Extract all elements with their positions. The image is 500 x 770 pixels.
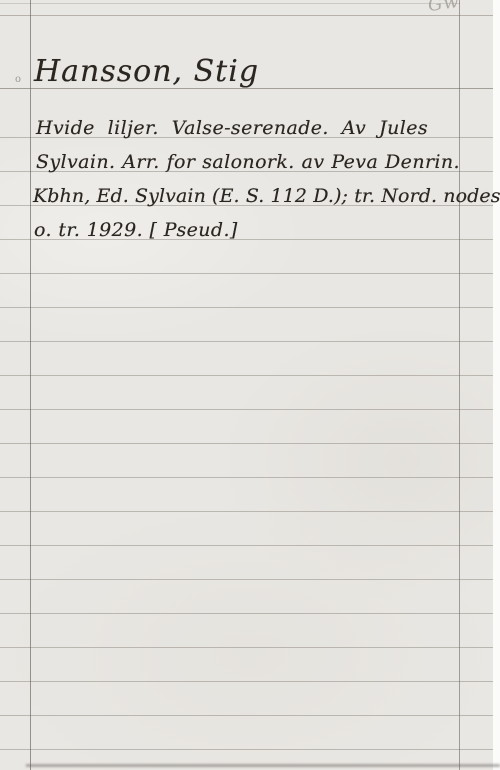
top-edge-line — [0, 3, 460, 4]
scan-edge — [493, 0, 500, 770]
entry-title-line: Hvide liljer. Valse-serenade. Av Jules — [36, 117, 428, 139]
left-margin-rule — [30, 0, 31, 770]
card-heading-author: Hansson, Stig — [34, 54, 259, 89]
entry-year-line: o. tr. 1929. [ Pseud.] — [34, 219, 238, 241]
entry-publisher-line: Kbhn, Ed. Sylvain (E. S. 112 D.); tr. No… — [33, 185, 459, 207]
catalog-card: Gw o Hansson, Stig Hvide liljer. Valse-s… — [0, 0, 500, 770]
card-bottom-edge — [26, 764, 500, 767]
entry-arranger-line: Sylvain. Arr. for salonork. av Peva Denr… — [36, 151, 460, 173]
ruled-lines — [0, 0, 500, 770]
margin-mark: o — [15, 74, 21, 85]
right-margin-rule — [459, 0, 460, 770]
